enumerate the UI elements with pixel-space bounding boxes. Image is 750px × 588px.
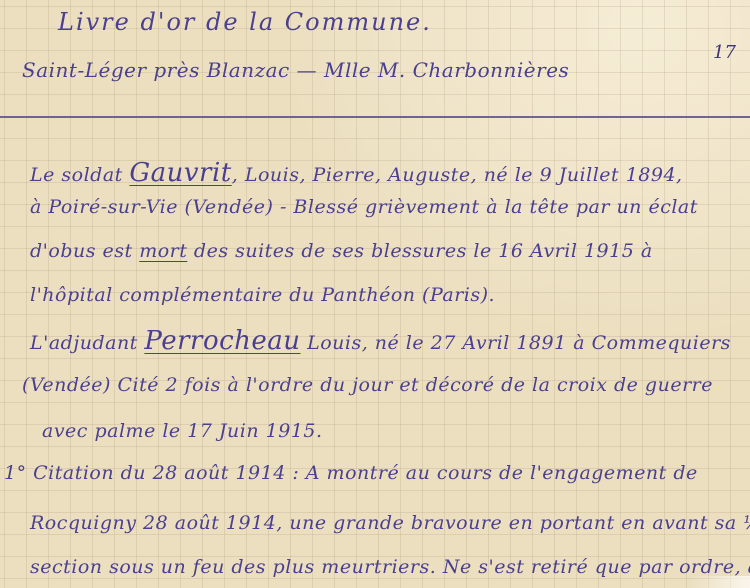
text: d'obus est: [30, 240, 139, 262]
entry-line: avec palme le 17 Juin 1915.: [42, 420, 323, 442]
entry-line: à Poiré-sur-Vie (Vendée) - Blessé griève…: [30, 196, 698, 218]
page-title: Livre d'or de la Commune.: [58, 8, 432, 36]
handwritten-ledger-page: Livre d'or de la Commune. 17 Saint-Léger…: [0, 0, 750, 588]
page-number: 17: [713, 42, 736, 63]
soldier-name: Perrocheau: [144, 326, 300, 356]
entry-line: d'obus est mort des suites de ses blessu…: [30, 240, 653, 262]
entry-line: section sous un feu des plus meurtriers.…: [30, 556, 750, 578]
text: Le soldat: [30, 164, 129, 186]
status-mort: mort: [139, 240, 187, 262]
entry-line: Le soldat Gauvrit, Louis, Pierre, August…: [30, 158, 683, 188]
soldier-name: Gauvrit: [129, 158, 231, 188]
page-subtitle: Saint-Léger près Blanzac — Mlle M. Charb…: [22, 58, 569, 82]
header-divider: [0, 116, 750, 118]
text: , Louis, Pierre, Auguste, né le 9 Juille…: [232, 164, 683, 186]
entry-line: Rocquigny 28 août 1914, une grande bravo…: [30, 512, 750, 534]
entry-line: l'hôpital complémentaire du Panthéon (Pa…: [30, 284, 495, 306]
entry-line: 1° Citation du 28 août 1914 : A montré a…: [4, 462, 698, 484]
entry-line: L'adjudant Perrocheau Louis, né le 27 Av…: [30, 326, 731, 356]
text: Louis, né le 27 Avril 1891 à Commequiers: [301, 332, 731, 354]
paper-wear-mark: [690, 576, 750, 588]
text: L'adjudant: [30, 332, 144, 354]
entry-line: (Vendée) Cité 2 fois à l'ordre du jour e…: [22, 374, 713, 396]
text: des suites de ses blessures le 16 Avril …: [187, 240, 652, 262]
